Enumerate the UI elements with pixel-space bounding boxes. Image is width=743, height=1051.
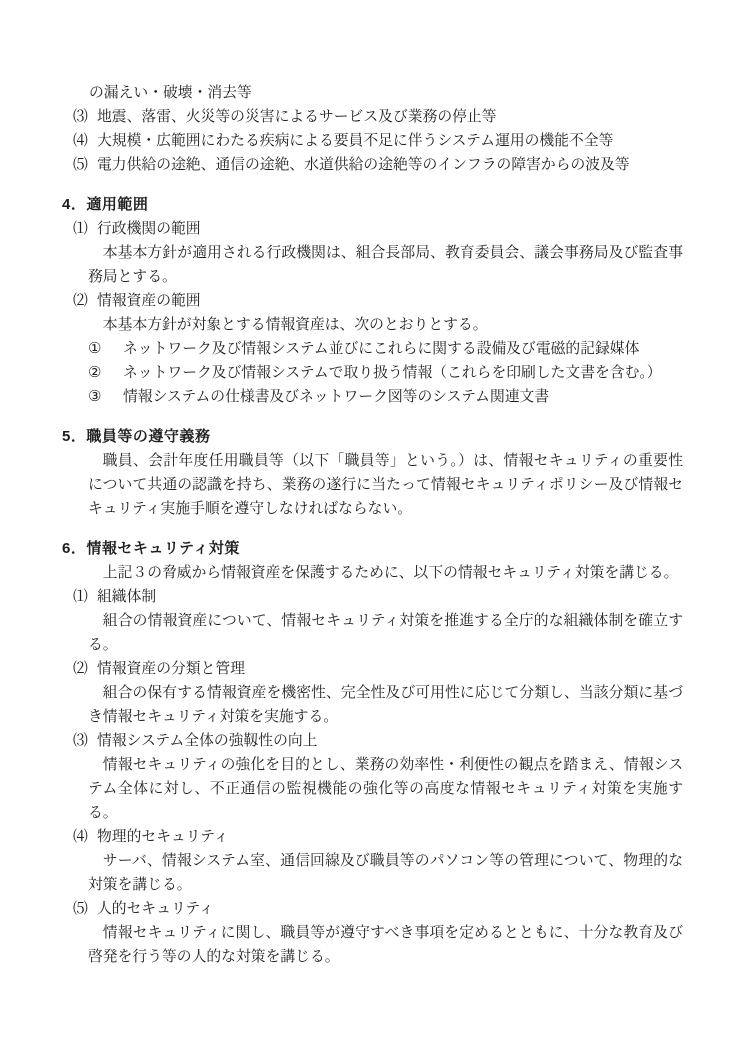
item-text: 物理的セキュリティ (97, 825, 703, 849)
section-heading: 6．情報セキュリティ対策 (62, 537, 743, 561)
numbered-item: ⑶地震、落雷、火災等の災害によるサービス及び業務の停止等 (73, 105, 703, 129)
numbered-item: ⑷大規模・広範囲にわたる疾病による要員不足に伴うシステム運用の機能不全等 (73, 129, 703, 153)
circled-item: ②ネットワーク及び情報システムで取り扱う情報（これらを印刷した文書を含む。） (88, 361, 703, 385)
item-text: 情報システム全体の強靱性の向上 (97, 729, 703, 753)
item-text: 組織体制 (97, 585, 703, 609)
paragraph: 職員、会計年度任用職員等（以下「職員等」という。）は、情報セキュリティの重要性に… (88, 449, 683, 521)
item-text: 情報システムの仕様書及びネットワーク図等のシステム関連文書 (123, 385, 703, 409)
numbered-item: ⑵情報資産の範囲 (73, 289, 703, 313)
item-marker: ⑵ (73, 657, 97, 681)
paragraph: 情報セキュリティに関し、職員等が遵守すべき事項を定めるとともに、十分な教育及び啓… (88, 921, 683, 969)
item-text: 人的セキュリティ (97, 897, 703, 921)
paragraph: 情報セキュリティの強化を目的とし、業務の効率性・利便性の観点を踏まえ、情報システ… (88, 753, 683, 825)
section-heading: 4．適用範囲 (62, 193, 743, 217)
item-text: 情報資産の分類と管理 (97, 657, 703, 681)
item-marker: ⑸ (73, 153, 97, 177)
item-marker: ⑸ (73, 897, 97, 921)
numbered-item: ⑷物理的セキュリティ (73, 825, 703, 849)
numbered-item: ⑸人的セキュリティ (73, 897, 703, 921)
item-marker: ⑶ (73, 729, 97, 753)
document-content: の漏えい・破壊・消去等⑶地震、落雷、火災等の災害によるサービス及び業務の停止等⑷… (0, 0, 743, 969)
document-page: の漏えい・破壊・消去等⑶地震、落雷、火災等の災害によるサービス及び業務の停止等⑷… (0, 0, 743, 1051)
item-marker: ⑵ (73, 289, 97, 313)
item-marker: ⑴ (73, 585, 97, 609)
item-text: 電力供給の途絶、通信の途絶、水道供給の途絶等のインフラの障害からの波及等 (97, 153, 703, 177)
numbered-item: ⑴行政機関の範囲 (73, 217, 703, 241)
item-text: 地震、落雷、火災等の災害によるサービス及び業務の停止等 (97, 105, 703, 129)
item-text: ネットワーク及び情報システムで取り扱う情報（これらを印刷した文書を含む。） (123, 361, 703, 385)
item-text: 情報資産の範囲 (97, 289, 703, 313)
item-marker: ⑷ (73, 129, 97, 153)
item-marker: ⑴ (73, 217, 97, 241)
paragraph: 本基本方針が適用される行政機関は、組合長部局、教育委員会、議会事務局及び監査事務… (88, 241, 683, 289)
item-marker: ⑶ (73, 105, 97, 129)
numbered-item: ⑴組織体制 (73, 585, 703, 609)
item-text: 大規模・広範囲にわたる疾病による要員不足に伴うシステム運用の機能不全等 (97, 129, 703, 153)
item-marker: ③ (88, 385, 123, 409)
numbered-item: ⑵情報資産の分類と管理 (73, 657, 703, 681)
section-heading: 5．職員等の遵守義務 (62, 425, 743, 449)
paragraph: 組合の保有する情報資産を機密性、完全性及び可用性に応じて分類し、当該分類に基づき… (88, 681, 683, 729)
item-marker: ② (88, 361, 123, 385)
paragraph: サーバ、情報システム室、通信回線及び職員等のパソコン等の管理について、物理的な対… (88, 849, 683, 897)
wrapped-line: の漏えい・破壊・消去等 (89, 81, 743, 105)
circled-item: ③情報システムの仕様書及びネットワーク図等のシステム関連文書 (88, 385, 703, 409)
item-text: ネットワーク及び情報システム並びにこれらに関する設備及び電磁的記録媒体 (123, 337, 703, 361)
numbered-item: ⑶情報システム全体の強靱性の向上 (73, 729, 703, 753)
item-marker: ⑷ (73, 825, 97, 849)
numbered-item: ⑸電力供給の途絶、通信の途絶、水道供給の途絶等のインフラの障害からの波及等 (73, 153, 703, 177)
paragraph: 組合の情報資産について、情報セキュリティ対策を推進する全庁的な組織体制を確立する… (88, 609, 683, 657)
item-marker: ① (88, 337, 123, 361)
paragraph: 上記３の脅威から情報資産を保護するために、以下の情報セキュリティ対策を講じる。 (88, 561, 683, 585)
item-text: 行政機関の範囲 (97, 217, 703, 241)
circled-item: ①ネットワーク及び情報システム並びにこれらに関する設備及び電磁的記録媒体 (88, 337, 703, 361)
paragraph: 本基本方針が対象とする情報資産は、次のとおりとする。 (88, 313, 683, 337)
